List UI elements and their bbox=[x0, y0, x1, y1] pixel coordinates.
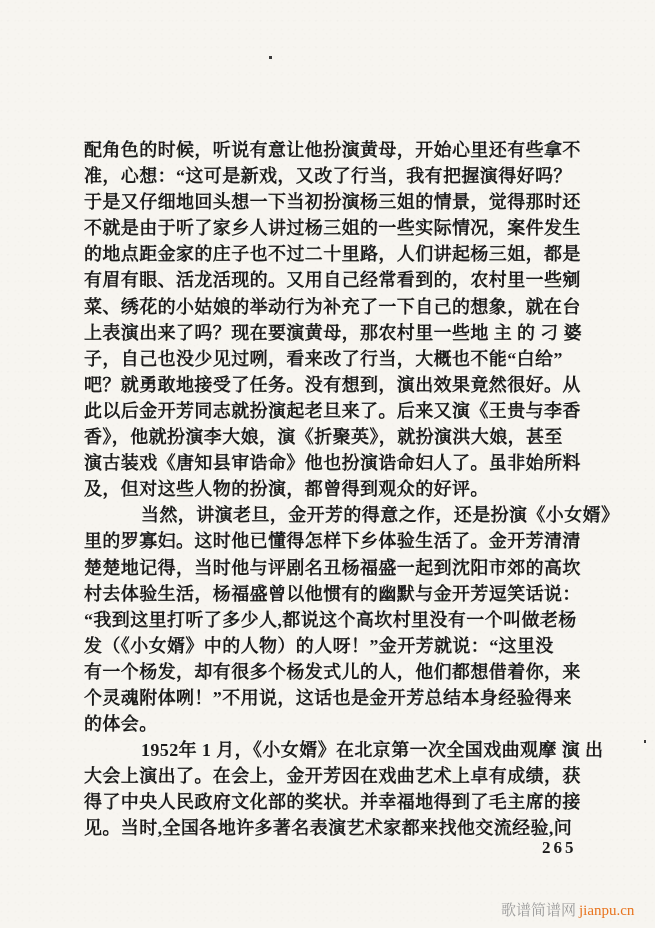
text-line: 吧？就勇敢地接受了任务。没有想到，演出效果竟然很好。从 bbox=[84, 372, 584, 398]
watermark: 歌谱简谱网jianpu.cn bbox=[501, 902, 634, 920]
text-line: 村去体验生活，杨福盛曾以他惯有的幽默与金开芳逗笑话说： bbox=[84, 581, 584, 607]
text-line: 于是又仔细地回头想一下当初扮演杨三姐的情景，觉得那时还 bbox=[84, 189, 584, 215]
page-number: 265 bbox=[542, 838, 577, 858]
text-line: 及，但对这些人物的扮演，都曾得到观众的好评。 bbox=[84, 476, 584, 502]
watermark-domain: jianpu.cn bbox=[579, 903, 634, 919]
text-line: 的地点距金家的庄子也不过二十里路，人们讲起杨三姐，都是 bbox=[84, 241, 584, 267]
text-line: 子，自己也没少见过咧，看来改了行当，大概也不能“白给” bbox=[84, 346, 584, 372]
text-line: 楚楚地记得，当时他与评剧名丑杨福盛一起到沈阳市郊的高坎 bbox=[84, 555, 584, 581]
book-page-scan: 配角色的时候，听说有意让他扮演黄母，开始心里还有些拿不 准，心想：“这可是新戏，… bbox=[0, 0, 655, 928]
scan-speck bbox=[644, 740, 646, 743]
paragraph-start-line: 当然，讲演老旦，金开芳的得意之作，还是扮演《小女婿》 bbox=[84, 502, 584, 528]
text-line: 香》，他就扮演李大娘，演《折聚英》，就扮演洪大娘，甚至 bbox=[84, 424, 584, 450]
text-line: 上表演出来了吗？现在要演黄母，那农村里一些地 主 的 刁 婆 bbox=[84, 320, 584, 346]
text-line: 个灵魂附体咧！”不用说，这话也是金开芳总结本身经验得来 bbox=[84, 685, 584, 711]
text-line: 大会上演出了。在会上，金开芳因在戏曲艺术上卓有成绩，获 bbox=[84, 763, 584, 789]
text-line: 里的罗寡妇。这时他已懂得怎样下乡体验生活了。金开芳清清 bbox=[84, 528, 584, 554]
text-line: 此以后金开芳同志就扮演起老旦来了。后来又演《王贵与李香 bbox=[84, 398, 584, 424]
text-line: 不就是由于听了家乡人讲过杨三姐的一些实际情况，案件发生 bbox=[84, 215, 584, 241]
scan-speck bbox=[269, 56, 272, 59]
text-line: 有一个杨发，却有很多个杨发式儿的人，他们都想借着你，来 bbox=[84, 659, 584, 685]
paragraph-start-line: 1952年 1 月，《小女婿》在北京第一次全国戏曲观摩 演 出 bbox=[84, 737, 584, 763]
text-line: 菜、绣花的小姑娘的举动行为补充了一下自己的想象，就在台 bbox=[84, 294, 584, 320]
text-line: “我到这里打听了多少人,都说这个高坎村里没有一个叫做老杨 bbox=[84, 607, 584, 633]
watermark-site-name: 歌谱简谱网 bbox=[501, 903, 576, 919]
text-line: 得了中央人民政府文化部的奖状。并幸福地得到了毛主席的接 bbox=[84, 789, 584, 815]
text-line: 配角色的时候，听说有意让他扮演黄母，开始心里还有些拿不 bbox=[84, 137, 584, 163]
text-line: 有眉有眼、活龙活现的。又用自己经常看到的，农村里一些剜 bbox=[84, 267, 584, 293]
text-line: 的体会。 bbox=[84, 711, 584, 737]
text-line: 见。当时,全国各地许多著名表演艺术家都来找他交流经验,问 bbox=[84, 815, 584, 841]
body-text: 配角色的时候，听说有意让他扮演黄母，开始心里还有些拿不 准，心想：“这可是新戏，… bbox=[84, 137, 584, 842]
text-line: 演古装戏《唐知县审诰命》他也扮演诰命妇人了。虽非始所料 bbox=[84, 450, 584, 476]
text-line: 发（《小女婿》中的人物）的人呀！”金开芳就说：“这里没 bbox=[84, 633, 584, 659]
text-line: 准，心想：“这可是新戏，又改了行当，我有把握演得好吗？ bbox=[84, 163, 584, 189]
